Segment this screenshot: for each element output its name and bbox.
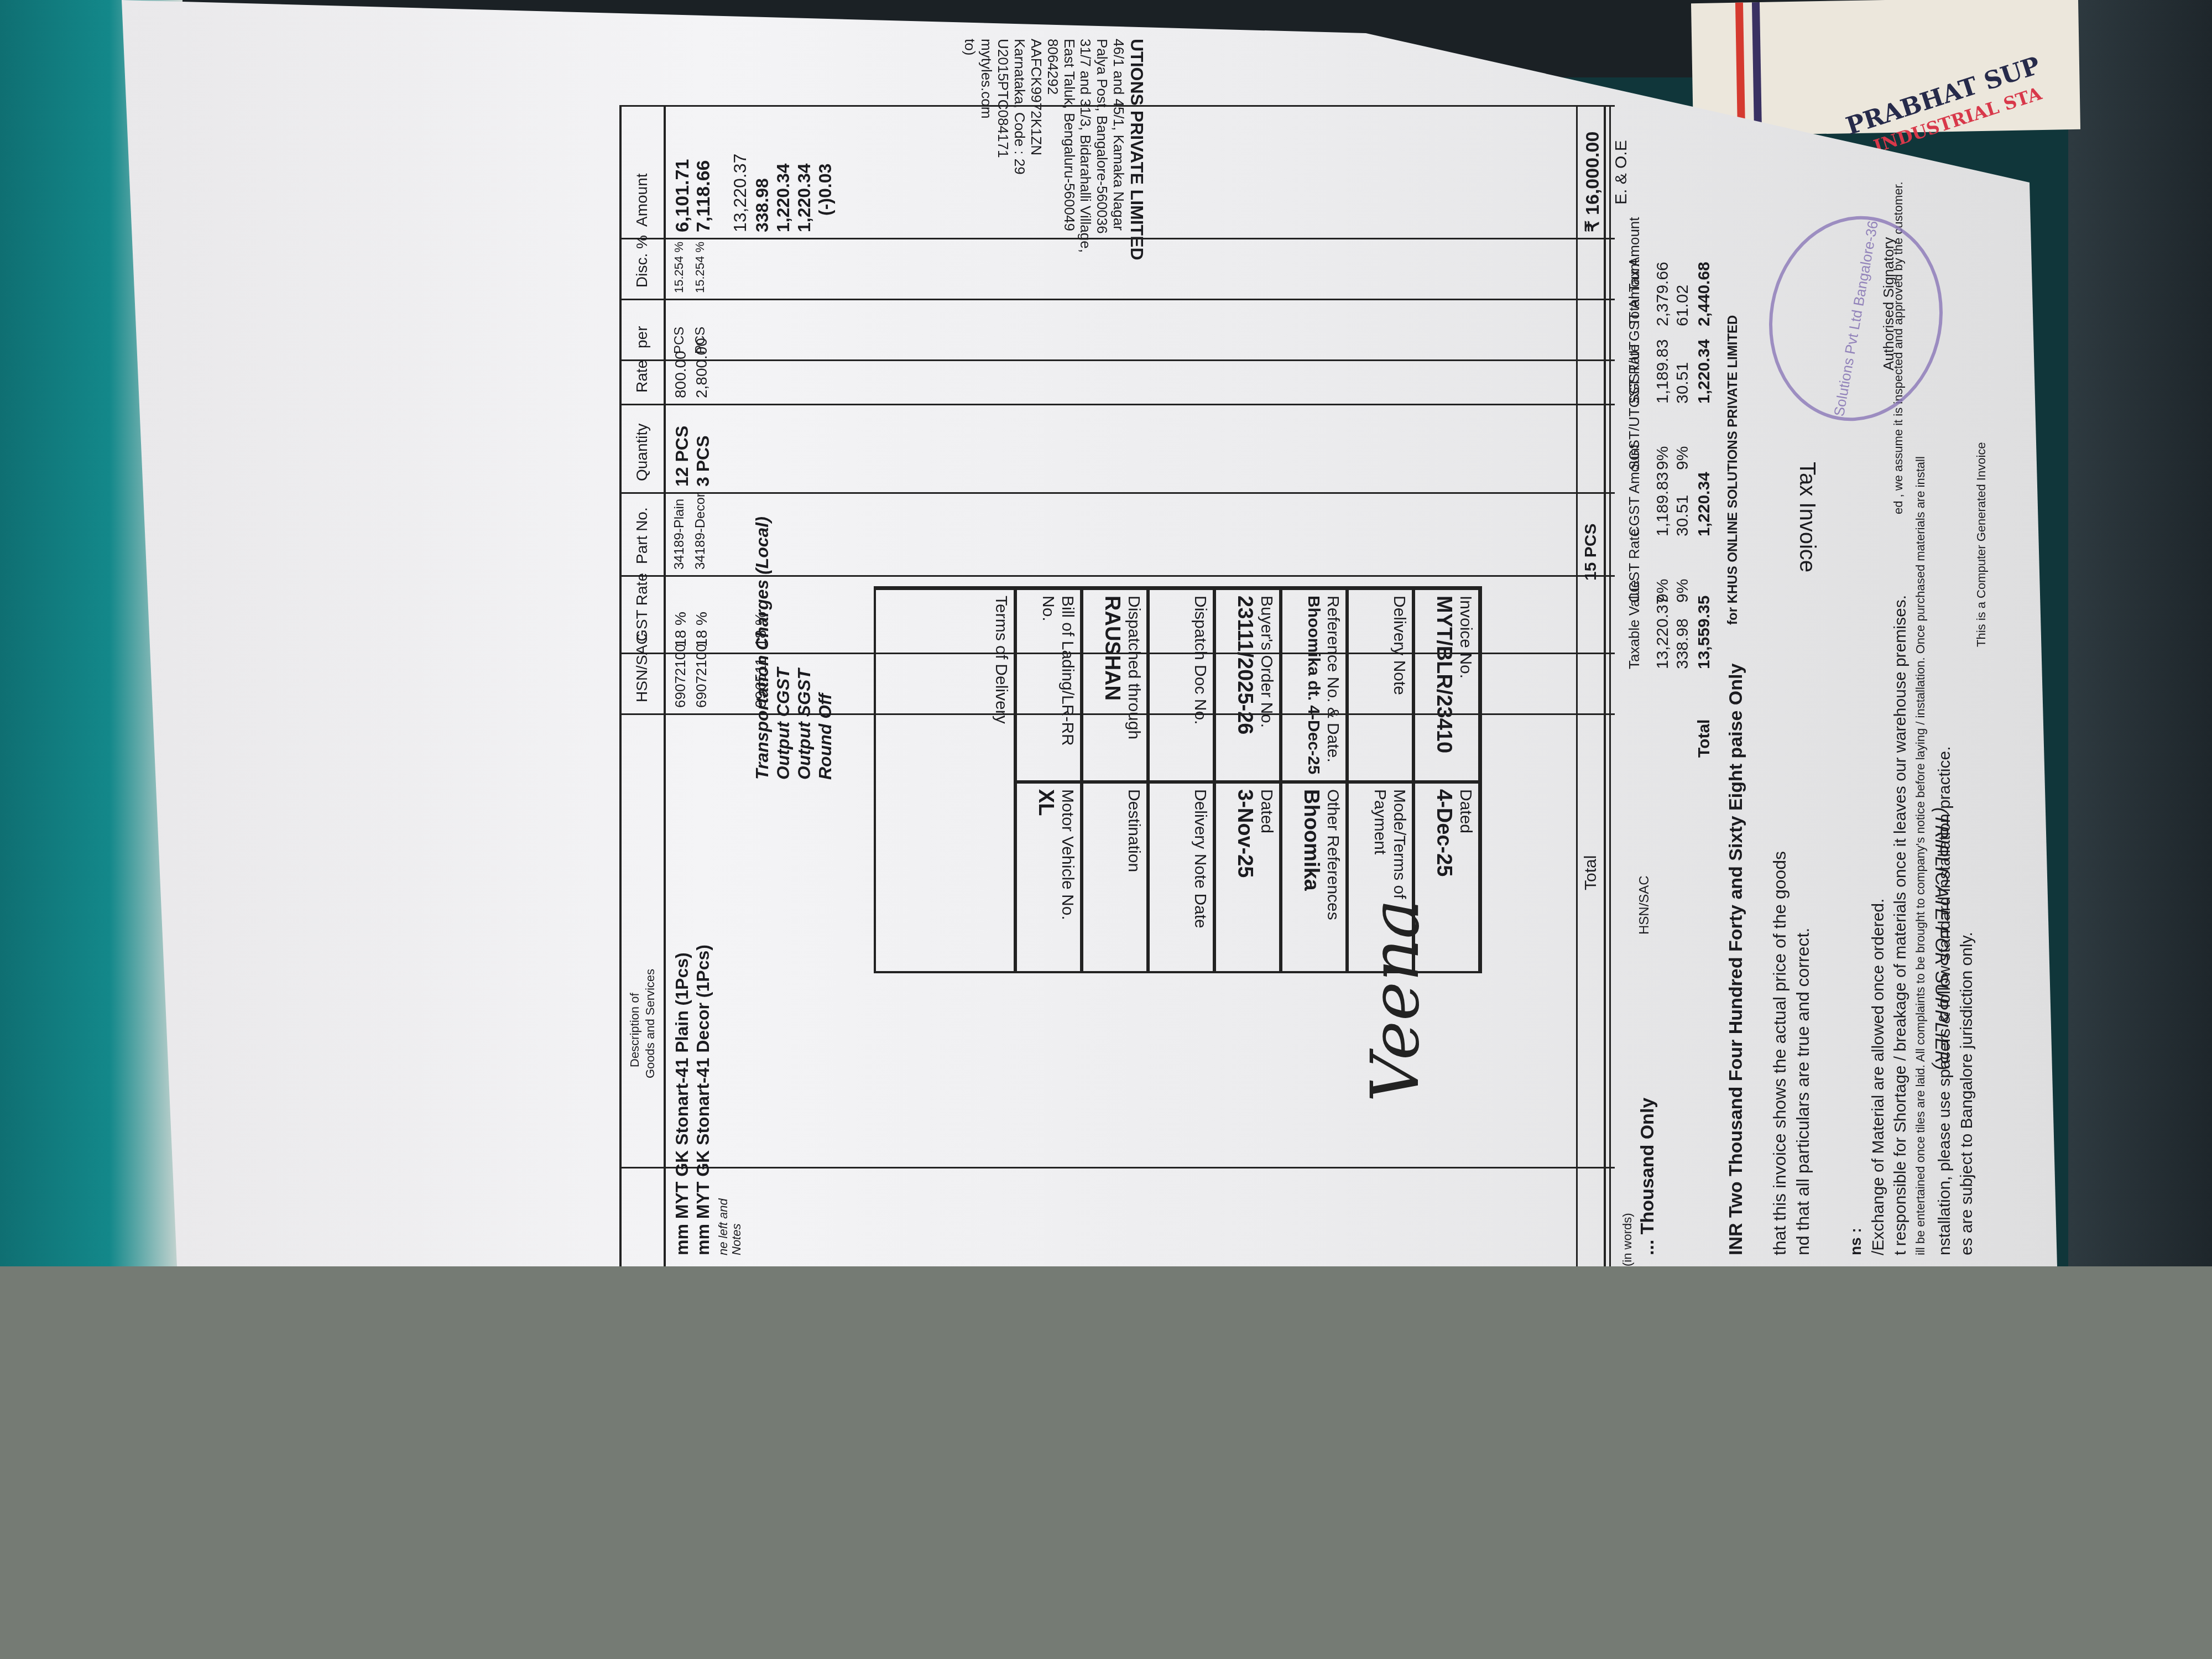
total-quantity: 15 PCS bbox=[1582, 524, 1600, 581]
item-description: mm MYT GK Stonart-41 Plain (1Pcs) bbox=[672, 952, 692, 1255]
tax-total: 13,559.35 bbox=[1695, 596, 1714, 669]
item-description: mm MYT GK Stonart-41 Decor (1Pcs) bbox=[693, 945, 713, 1255]
invoice-title: Tax Invoice bbox=[1794, 33, 1819, 1001]
grand-total: ₹ 16,000.00 bbox=[1582, 132, 1604, 232]
charge-label: Output CGST bbox=[773, 667, 794, 780]
charge-amount: 1,220.34 bbox=[773, 163, 794, 232]
charge-label: Output SGST bbox=[794, 669, 815, 780]
signatory-company: for KHUS ONLINE SOLUTIONS PRIVATE LIMITE… bbox=[1725, 315, 1741, 625]
charge-amount: 1,220.34 bbox=[794, 163, 815, 232]
fabric-right bbox=[2068, 0, 2212, 1266]
item-amount: 7,118.66 bbox=[693, 160, 714, 232]
total-label: Total bbox=[1582, 855, 1600, 890]
charge-amount: 338.98 bbox=[752, 178, 773, 232]
charge-label: Round Off bbox=[815, 693, 836, 780]
tax-total: 1,220.34 bbox=[1695, 339, 1714, 404]
tax-total: 1,220.34 bbox=[1695, 472, 1714, 536]
tax-total: 2,440.68 bbox=[1695, 262, 1714, 326]
items-table: Description ofGoods and ServicesHSN/SACG… bbox=[619, 94, 1615, 1266]
item-amount: 6,101.71 bbox=[672, 159, 693, 232]
charge-amount: (-)0.03 bbox=[815, 164, 836, 216]
amount-in-words: ... Thousand Only bbox=[1637, 1098, 1658, 1255]
handwritten-signature: Veena bbox=[1357, 899, 1434, 1102]
footer-note: This is a Computer Generated Invoice bbox=[1974, 442, 1989, 647]
subtotal: 13,220.37 bbox=[730, 154, 750, 232]
photo-background: PRABHAT SUP INDUSTRIAL STA (TRIPLICATE F… bbox=[0, 0, 2212, 1266]
tax-in-words: INR Two Thousand Four Hundred Forty and … bbox=[1725, 664, 1747, 1255]
charge-label: Transportation Charges (Local) bbox=[752, 517, 773, 780]
